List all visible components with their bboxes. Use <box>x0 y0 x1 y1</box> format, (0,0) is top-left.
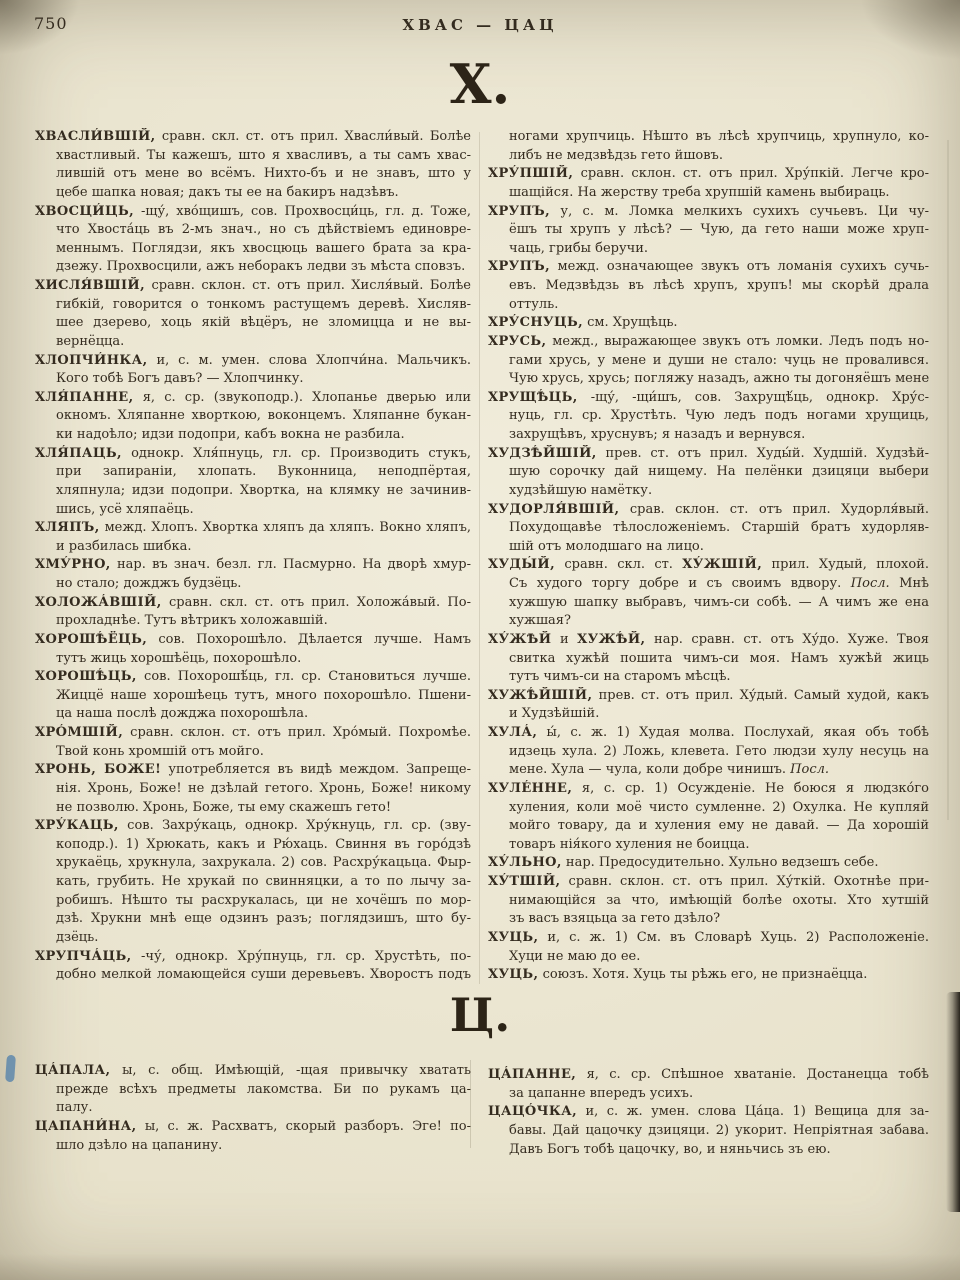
dict-line: меннымъ. Поглядзи, якъ хвосцюць вашего б… <box>35 240 471 259</box>
dict-line: бавы. Дай цацочку дзицяци. 2) укорит. Не… <box>488 1122 929 1141</box>
dict-line: мене. Хула — чула, коли добре чинишъ. По… <box>488 761 929 780</box>
dict-line: шись, усё хляпаёць. <box>35 501 471 520</box>
dict-line: нія. Хронь, Боже! не дзѣлай гетого. Хрон… <box>35 780 471 799</box>
dict-line: Хуци не маю до ее. <box>488 948 929 967</box>
dict-line: Кого тобѣ Богъ давъ? — Хлопчинку. <box>35 370 471 389</box>
dict-line: худзѣйшую намётку. <box>488 482 929 501</box>
dict-line: ХРУПЧА́ЦЬ, -чу́, однокр. Хру́пнуць, гл. … <box>35 948 471 967</box>
section-letter-x: Х. <box>0 52 960 116</box>
dict-line: робишъ. Нѣшто ты расхрукалась, ци не хоч… <box>35 892 471 911</box>
dict-line: захрущѣвъ, хруснувъ; я назадъ и вернувся… <box>488 426 929 445</box>
dict-line: дзѣ. Хрукни мнѣ еще одзинъ разъ; поглядз… <box>35 910 471 929</box>
dict-line: окномъ. Хляпанне хворткою, воконцемъ. Хл… <box>35 407 471 426</box>
dict-line: ХУЖѢ́ЙШІЙ, прев. ст. отъ прил. Ху́дый. С… <box>488 687 929 706</box>
dict-line: ёшъ ты хрупъ у лѣсѣ? — Чую, да гето наши… <box>488 221 929 240</box>
dict-line: шую сорочку дай нищему. На пелёнки дзиця… <box>488 463 929 482</box>
dict-line: ХРО́МШІЙ, сравн. склон. ст. отъ прил. Хр… <box>35 724 471 743</box>
dict-line: ХУДЗѢ́ЙШІЙ, прев. ст. отъ прил. Худы́й. … <box>488 445 929 464</box>
dict-line: дзежу. Прохвосцили, ажъ неборакъ ледви з… <box>35 258 471 277</box>
dict-line: ХИСЛЯ́ВШІЙ, сравн. склон. ст. отъ прил. … <box>35 277 471 296</box>
dict-line: ХУЛА́, ы́, с. ж. 1) Худая молва. Послуха… <box>488 724 929 743</box>
dict-line: шло дзѣло на цапанину. <box>35 1137 471 1156</box>
dict-line: ХЛЯПЪ, межд. Хлопъ. Хвортка хляпъ да хля… <box>35 519 471 538</box>
dict-line: при запираніи, хлопать. Вуконница, непод… <box>35 463 471 482</box>
dict-line: ХУДОРЛЯ́ВШІЙ, срав. склон. ст. отъ прил.… <box>488 501 929 520</box>
dict-line: шій отъ молодшаго на лицо. <box>488 538 929 557</box>
dict-line: ХОРОШѢ́ЦЬ, сов. Похорошѣ́ць, гл. ср. Ста… <box>35 668 471 687</box>
column-c-right: ЦА́ПАННЕ, я, с. ср. Спѣшное хватаніе. До… <box>488 1066 929 1159</box>
dict-line: дзёць. <box>35 929 471 948</box>
dict-line: ХВАСЛИ́ВШІЙ, сравн. скл. ст. отъ прил. Х… <box>35 128 471 147</box>
dict-line: ХУДЫ́Й, сравн. скл. ст. ХУ́ЖШІЙ, прил. Х… <box>488 556 929 575</box>
dict-line: ХРУ́ПШІЙ, сравн. склон. ст. отъ прил. Хр… <box>488 165 929 184</box>
dict-line: палу. <box>35 1099 471 1118</box>
dict-line: ХРУПЪ, межд. означающее звукъ отъ ломані… <box>488 258 929 277</box>
dict-line: что Хвоста́ць въ 2-мъ знач., но съ дѣйст… <box>35 221 471 240</box>
dict-line: оттуль. <box>488 296 929 315</box>
dict-line: ЦА́ПАЛА, ы, с. общ. Имѣющій, -щая привыч… <box>35 1062 471 1081</box>
dict-line: ХМУ́РНО, нар. въ знач. безл. гл. Пасмурн… <box>35 556 471 575</box>
dict-line: ца наша послѣ дожджа похорошѣла. <box>35 705 471 724</box>
dict-line: ХОЛОЖА́ВШІЙ, сравн. скл. ст. отъ прил. Х… <box>35 594 471 613</box>
dict-line: не позволю. Хронь, Боже, ты ему скажешъ … <box>35 799 471 818</box>
dict-line: ки надоѣло; идзи подопри, кабъ вокна не … <box>35 426 471 445</box>
dict-line: гибкій, говорится о тонкомъ растущемъ де… <box>35 296 471 315</box>
dict-line: за цапанне впередъ усихъ. <box>488 1085 929 1104</box>
dict-line: прежде всѣхъ предметы лакомства. Би по р… <box>35 1081 471 1100</box>
dict-line: ЦАПАНИ́НА, ы, с. ж. Расхватъ, скорый раз… <box>35 1118 471 1137</box>
dict-line: гами хрусь, у мене и души не стало: чуць… <box>488 352 929 371</box>
dict-line: Давъ Богъ тобѣ цацочку, во, и няньчись з… <box>488 1141 929 1160</box>
column-divider-c <box>470 1060 471 1148</box>
dict-line: хужшая? <box>488 612 929 631</box>
dictionary-page: 750 ХВАС — ЦАЦ Х. ХВАСЛИ́ВШІЙ, сравн. ск… <box>0 0 960 1280</box>
dict-line: но стало; дожджъ будзёць. <box>35 575 471 594</box>
dict-line: евъ. Медзвѣдзь въ лѣсѣ хрупъ, хрупъ! мы … <box>488 277 929 296</box>
dict-line: либъ не медзвѣдзь гето йшовъ. <box>488 147 929 166</box>
dict-line: ЦА́ПАННЕ, я, с. ср. Спѣшное хватаніе. До… <box>488 1066 929 1085</box>
dict-line: цебе шапка новая; дакъ ты ее на бакиръ н… <box>35 184 471 203</box>
dict-line: хляпнула; идзи подопри. Хвортка, на клям… <box>35 482 471 501</box>
dict-line: ХВОСЦИ́ЦЬ, -щу́, хво́щишъ, сов. Прохвосц… <box>35 203 471 222</box>
dict-line: ХРУ́СНУЦЬ, см. Хрущѣць. <box>488 314 929 333</box>
dict-line: ХУЦЬ, союзъ. Хотя. Хуць ты рѣжь его, не … <box>488 966 929 985</box>
dict-line: тутъ чимъ-си на старомъ мѣсцѣ. <box>488 668 929 687</box>
dict-line: ЦАЦО́ЧКА, и, с. ж. умен. слова Ца́ца. 1)… <box>488 1103 929 1122</box>
dict-line: нимающійся за что, имѣющій болѣе охоты. … <box>488 892 929 911</box>
dict-line: ХОРОШѢ́ЁЦЬ, сов. Похорошѣло. Дѣлается лу… <box>35 631 471 650</box>
dict-line: Чую хрусь, хрусь; погляжу назадъ, ажно т… <box>488 370 929 389</box>
column-x-left: ХВАСЛИ́ВШІЙ, сравн. скл. ст. отъ прил. Х… <box>35 128 471 985</box>
dict-line: ХЛЯ́ПАЦЬ, однокр. Хля́пнуць, гл. ср. Про… <box>35 445 471 464</box>
column-x-right: ногами хрупчиць. Нѣшто въ лѣсѣ хрупчиць,… <box>488 128 929 985</box>
dict-line: ХУ́ЛЬНО, нар. Предосудительно. Хульно ве… <box>488 854 929 873</box>
dict-line: ХРУПЪ, у, с. м. Ломка мелкихъ сухихъ суч… <box>488 203 929 222</box>
dict-line: мойго товару, да и хуления ему не давай.… <box>488 817 929 836</box>
dict-line: ХЛОПЧИ́НКА, и, с. м. умен. слова Хлопчи́… <box>35 352 471 371</box>
dict-line: добно мелкой ломающейся суши деревьевъ. … <box>35 966 471 985</box>
dict-line: шее дзерево, хоць якій вѣцёръ, не зломиц… <box>35 314 471 333</box>
dict-line: ХРУЩѢ́ЦЬ, -щу́, -щи́шъ, сов. Захрущѣ́ць,… <box>488 389 929 408</box>
dict-line: зъ васъ взяцьца за гето дзѣло? <box>488 910 929 929</box>
dict-line: Похудощавѣе тѣлосложеніемъ. Старшій брат… <box>488 519 929 538</box>
dict-line: лившій отъ мене во всёмъ. Нихто-бъ и не … <box>35 165 471 184</box>
dict-line: товаръ нія́кого хуления не боицца. <box>488 836 929 855</box>
dict-line: ногами хрупчиць. Нѣшто въ лѣсѣ хрупчиць,… <box>488 128 929 147</box>
column-c-left: ЦА́ПАЛА, ы, с. общ. Имѣющій, -щая привыч… <box>35 1062 471 1155</box>
dict-line: шащійся. На жерству треба хрупшій камень… <box>488 184 929 203</box>
dict-line: свитка хужѣй пошита чимъ-си моя. Намъ ху… <box>488 650 929 669</box>
dict-line: хуления, коли моё чисто сумленне. 2) Оху… <box>488 799 929 818</box>
dict-line: и Худзѣйшій. <box>488 705 929 724</box>
dict-line: и разбилась шибка. <box>35 538 471 557</box>
running-head: ХВАС — ЦАЦ <box>0 16 960 34</box>
dict-line: чаць, грибы беручи. <box>488 240 929 259</box>
dict-line: идзець хула. 2) Ложь, клевета. Гето людз… <box>488 743 929 762</box>
dict-line: нуць, гл. ср. Хрустѣть. Чую ледъ подъ но… <box>488 407 929 426</box>
dict-line: ХРОНЬ, БОЖЕ! употребляется въ видѣ междо… <box>35 761 471 780</box>
dict-line: ХРУ́КАЦЬ, сов. Захру́каць, однокр. Хру́к… <box>35 817 471 836</box>
dict-line: Твой конь хромшій отъ мойго. <box>35 743 471 762</box>
dict-line: ХУЛЕ́ННЕ, я, с. ср. 1) Осужденіе. Не бою… <box>488 780 929 799</box>
dict-line: хужшую шапку выбравъ, чимъ-си собѣ. — А … <box>488 594 929 613</box>
dict-line: Съ худого торгу добре и съ своимъ вдвору… <box>488 575 929 594</box>
dict-line: хвастливый. Ты кажешъ, што я хвасливъ, а… <box>35 147 471 166</box>
scan-shadow-bottom <box>0 1254 960 1280</box>
dict-line: тутъ жиць хорошѣёць, похорошѣло. <box>35 650 471 669</box>
dict-line: ХУ́ЖѢЙ и ХУЖѢ́Й, нар. сравн. ст. отъ Ху́… <box>488 631 929 650</box>
dict-line: ХУЦЬ, и, с. ж. 1) См. въ Словарѣ Хуць. 2… <box>488 929 929 948</box>
dict-line: ХУ́ТШІЙ, сравн. склон. ст. отъ прил. Ху́… <box>488 873 929 892</box>
dict-line: коподр.). 1) Хрюкать, какъ и Рю́хаць. Св… <box>35 836 471 855</box>
scan-crease-right <box>947 140 949 820</box>
dict-line: вернёцца. <box>35 333 471 352</box>
dict-line: кать, грубить. Не хрукай по свинняцки, а… <box>35 873 471 892</box>
dict-line: прохладнѣе. Тутъ вѣтрикъ холожавшій. <box>35 612 471 631</box>
dict-line: ХЛЯ́ПАННЕ, я, с. ср. (звукоподр.). Хлопа… <box>35 389 471 408</box>
column-divider <box>479 132 480 984</box>
section-letter-c: Ц. <box>0 988 960 1042</box>
dict-line: хрукаёць, хрукнула, захрукала. 2) сов. Р… <box>35 854 471 873</box>
dict-line: Жиццё наше хорошѣець тутъ, много похорош… <box>35 687 471 706</box>
dict-line: ХРУСЬ, межд., выражающее звукъ отъ ломки… <box>488 333 929 352</box>
ink-smudge-mark <box>5 1055 16 1083</box>
